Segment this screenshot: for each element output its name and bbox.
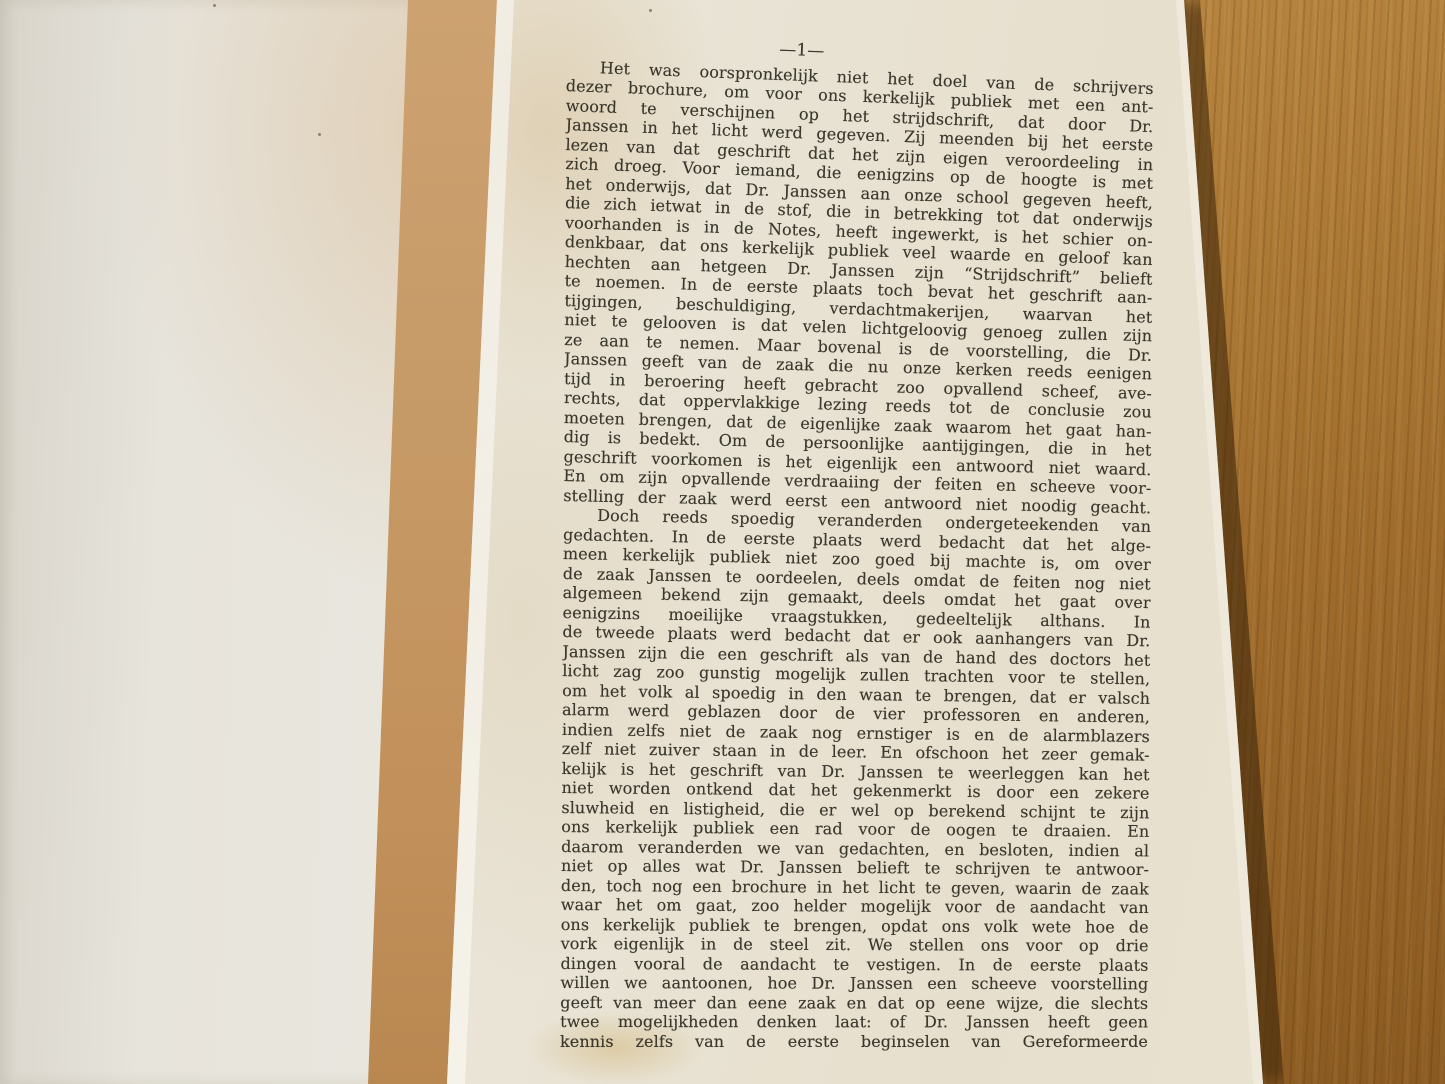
text-line: waar het om gaat, zoo helder mogelijk vo… bbox=[561, 895, 1149, 918]
paper-speck bbox=[213, 4, 216, 7]
text-line: dingen vooral de aandacht te vestigen. I… bbox=[560, 954, 1148, 975]
text-line: kennis zelfs van de eerste beginselen va… bbox=[560, 1032, 1148, 1052]
book-photo-scene: —1— Het was oorspronkelijk niet het doel… bbox=[0, 0, 1445, 1084]
text-line: vork eigenlijk in de steel zit. We stell… bbox=[561, 934, 1149, 956]
paper-speck bbox=[649, 9, 652, 12]
text-line: twee mogelijkheden denken laat: of Dr. J… bbox=[560, 1012, 1148, 1032]
page-text-block: —1— Het was oorspronkelijk niet het doel… bbox=[560, 32, 1148, 1051]
text-line: geeft van meer dan eene zaak en dat op e… bbox=[560, 993, 1148, 1013]
text-line: willen we aantoonen, hoe Dr. Janssen een… bbox=[560, 973, 1148, 994]
paper-speck bbox=[318, 133, 321, 136]
text-line: ons kerkelijk publiek te brengen, opdat … bbox=[561, 915, 1149, 937]
text-lines: Het was oorspronkelijk niet het doel van… bbox=[560, 57, 1148, 1052]
